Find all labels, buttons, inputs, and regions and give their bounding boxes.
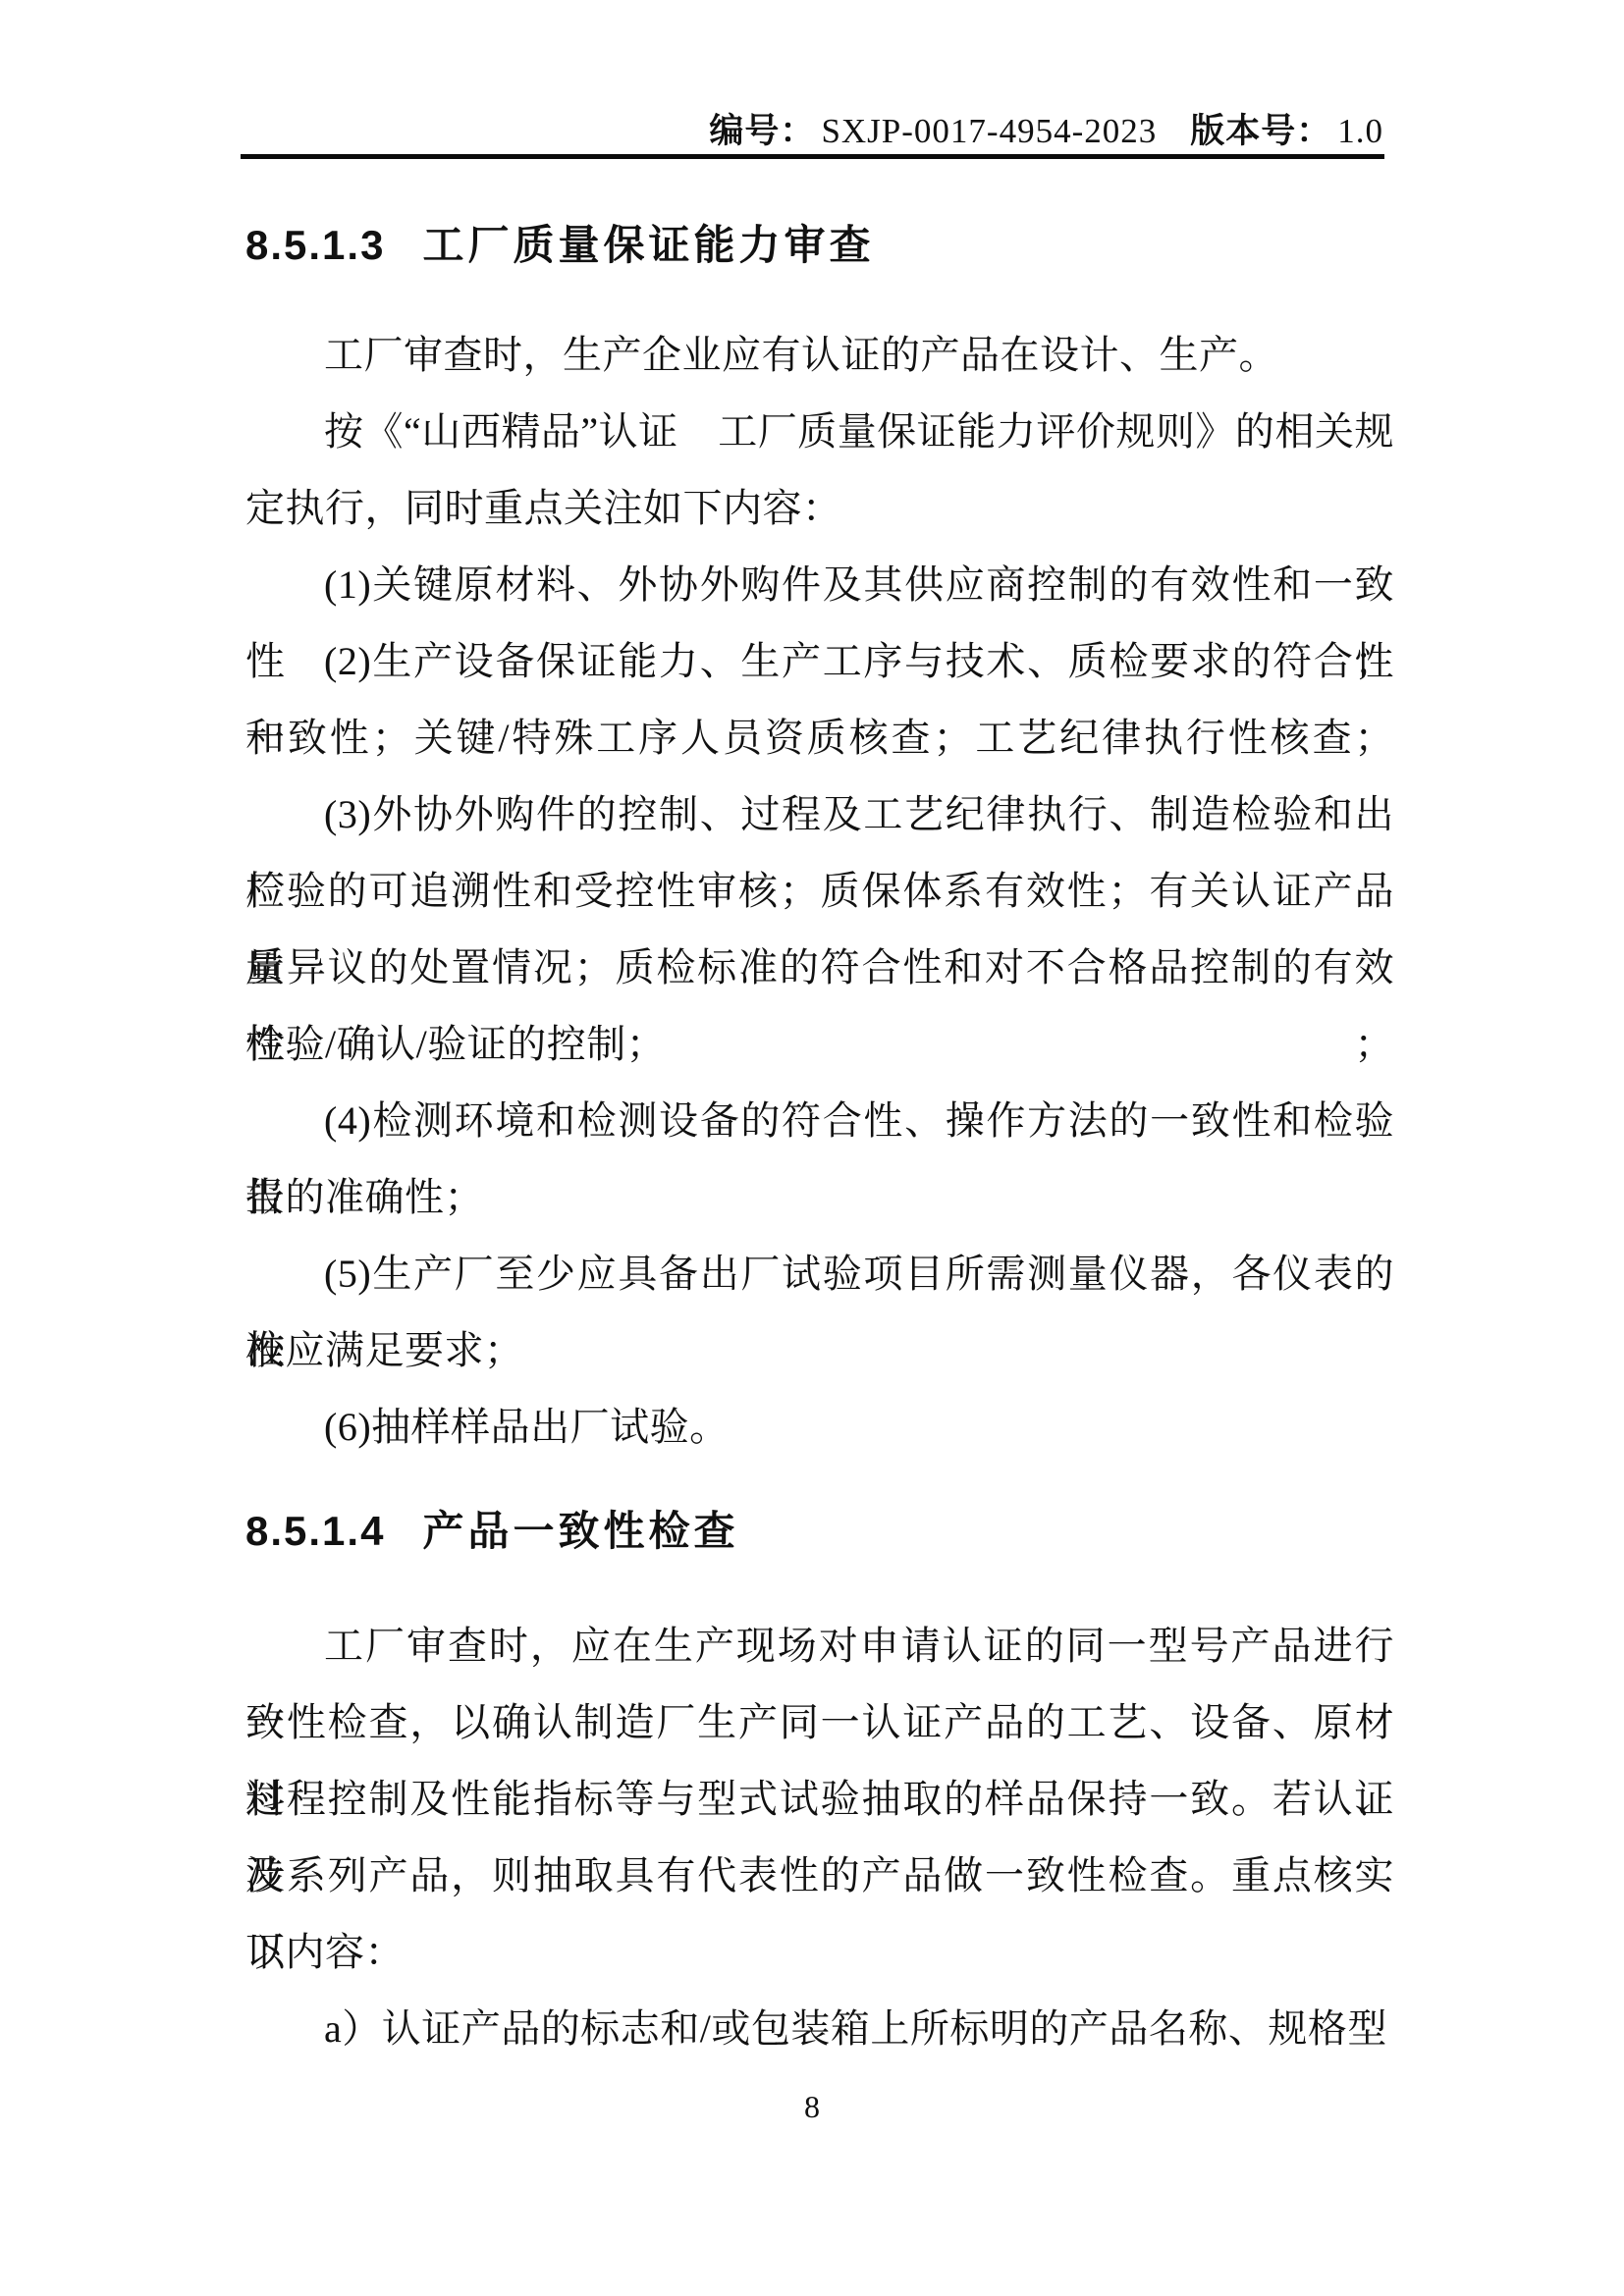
section-title: 工厂质量保证能力审查: [422, 222, 874, 268]
section-body-1: 工厂审查时，生产企业应有认证的产品在设计、生产。 按《“山西精品”认证 工厂质量…: [245, 317, 1394, 1466]
page-number: 8: [0, 2087, 1624, 2126]
version-value: 1.0: [1337, 112, 1383, 150]
body-line: 工厂审查时，生产企业应有认证的产品在设计、生产。: [245, 317, 1394, 394]
doc-number-value: SXJP-0017-4954-2023: [821, 112, 1157, 150]
version-label: 版本号：: [1190, 112, 1331, 150]
body-line: a）认证产品的标志和/或包装箱上所标明的产品名称、规格型: [245, 1991, 1394, 2067]
body-line: (4)检测环境和检测设备的符合性、操作方法的一致性和检验报: [245, 1083, 1394, 1159]
section-number: 8.5.1.3: [245, 222, 385, 268]
body-line: 准应满足要求；: [245, 1312, 1394, 1389]
header-rule: [241, 154, 1384, 159]
body-line: 致性检查，以确认制造厂生产同一认证产品的工艺、设备、原材料、: [245, 1684, 1394, 1761]
section-heading-2: 8.5.1.4产品一致性检查: [245, 1507, 738, 1556]
body-line: 过程控制及性能指标等与型式试验抽取的样品保持一致。若认证涉: [245, 1761, 1394, 1838]
doc-number-label: 编号：: [709, 112, 815, 150]
section-number: 8.5.1.4: [245, 1508, 385, 1554]
section-body-2: 工厂审查时，应在生产现场对申请认证的同一型号产品进行一 致性检查，以确认制造厂生…: [245, 1608, 1394, 2067]
body-line: (6)抽样样品出厂试验。: [245, 1389, 1394, 1466]
document-page: 编号：SXJP-0017-4954-2023版本号：1.0 8.5.1.3工厂质…: [0, 0, 1624, 2296]
body-line: 下内容：: [245, 1914, 1394, 1991]
body-line: 检验的可追溯性和受控性审核；质保体系有效性；有关认证产品质: [245, 853, 1394, 930]
page-header: 编号：SXJP-0017-4954-2023版本号：1.0: [709, 110, 1383, 153]
section-title: 产品一致性检查: [422, 1508, 738, 1554]
body-line: 一致性；关键/特殊工序人员资质核查；工艺纪律执行性核查；: [245, 700, 1394, 776]
body-line: (5)生产厂至少应具备出厂试验项目所需测量仪器，各仪表的校: [245, 1236, 1394, 1312]
body-line: (2)生产设备保证能力、生产工序与技术、质检要求的符合性和: [245, 623, 1394, 700]
body-line: 及系列产品，则抽取具有代表性的产品做一致性检查。重点核实以: [245, 1838, 1394, 1914]
body-line: 定执行，同时重点关注如下内容：: [245, 470, 1394, 547]
section-heading-1: 8.5.1.3工厂质量保证能力审查: [245, 221, 874, 270]
body-line: (1)关键原材料、外协外购件及其供应商控制的有效性和一致性；: [245, 547, 1394, 623]
body-line: 量异议的处置情况；质检标准的符合性和对不合格品控制的有效性；: [245, 930, 1394, 1006]
body-line: (3)外协外购件的控制、过程及工艺纪律执行、制造检验和出厂: [245, 776, 1394, 853]
body-line: 按《“山西精品”认证 工厂质量保证能力评价规则》的相关规: [245, 394, 1394, 470]
body-line: 告的准确性；: [245, 1159, 1394, 1236]
body-line: 工厂审查时，应在生产现场对申请认证的同一型号产品进行一: [245, 1608, 1394, 1684]
